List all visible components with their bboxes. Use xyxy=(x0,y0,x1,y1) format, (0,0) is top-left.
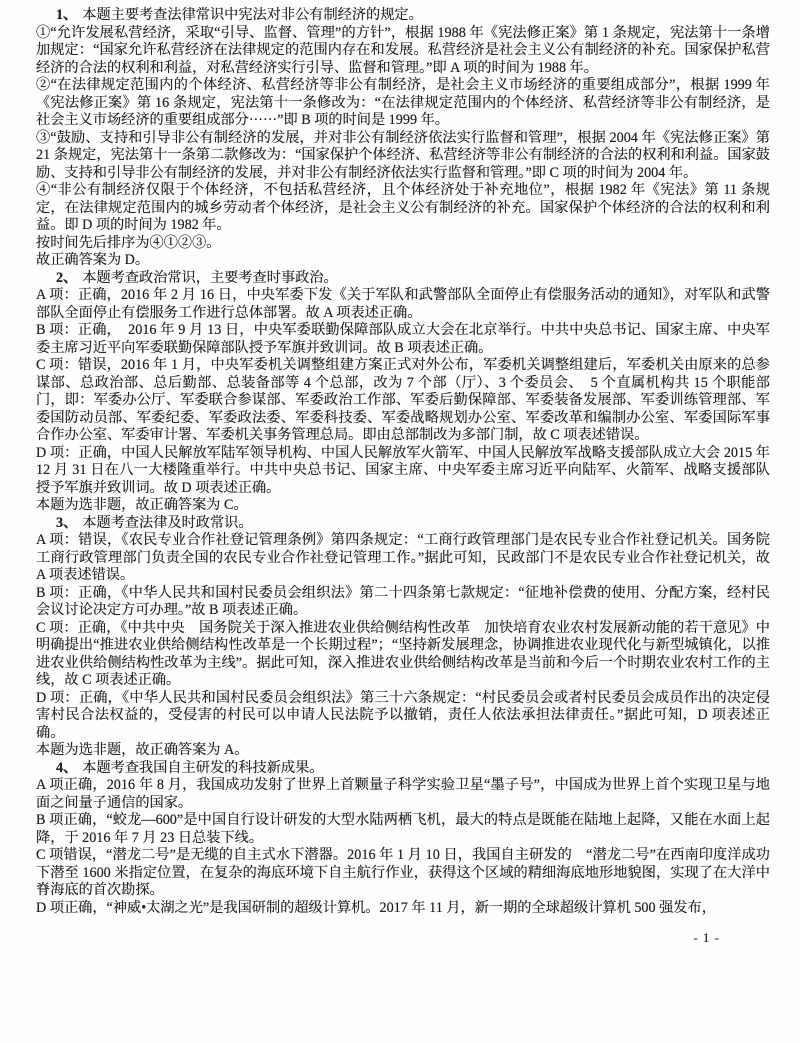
question-2-heading: 2、本题考查政治常识，主要考查时事政治。 xyxy=(36,270,770,288)
question-4-heading: 4、本题考查我国自主研发的科技新成果。 xyxy=(36,760,770,778)
question-2-block: 2、本题考查政治常识，主要考查时事政治。 A 项：正确，2016 年 2 月 1… xyxy=(36,270,770,515)
question-number: 2、 xyxy=(56,270,77,286)
question-intro: 本题考查我国自主研发的科技新成果。 xyxy=(82,760,323,776)
option-b-paragraph: B 项：正确，《中华人民共和国村民委员会组织法》第二十四条第七款规定：“征地补偿… xyxy=(36,585,770,620)
question-number: 4、 xyxy=(56,760,77,776)
question-3-heading: 3、本题考查法律及时政常识。 xyxy=(36,515,770,533)
ordering-line: 按时间先后排序为④①②③。 xyxy=(36,235,770,253)
option-a-paragraph: A 项正确，2016 年 8 月，我国成功发射了世界上首颗量子科学实验卫星“墨子… xyxy=(36,777,770,812)
option-a-paragraph: A 项：错误，《农民专业合作社登记管理条例》第四条规定：“工商行政管理部门是农民… xyxy=(36,532,770,585)
option-b-paragraph: B 项：正确， 2016 年 9 月 13 日，中央军委联勤保障部队成立大会在北… xyxy=(36,322,770,357)
option-b-paragraph: B 项正确，“蛟龙—600”是中国自行设计研发的大型水陆两栖飞机，最大的特点是既… xyxy=(36,812,770,847)
explanation-paragraph: ①“允许发展私营经济，采取“引导、监督、管理”的方针”，根据 1988 年《宪法… xyxy=(36,25,770,78)
option-d-paragraph: D 项：正确，中国人民解放军陆军领导机构、中国人民解放军火箭军、中国人民解放军战… xyxy=(36,445,770,498)
question-4-block: 4、本题考查我国自主研发的科技新成果。 A 项正确，2016 年 8 月，我国成… xyxy=(36,760,770,918)
answer-line: 故正确答案为 D。 xyxy=(36,252,770,270)
option-d-paragraph: D 项：正确，《中华人民共和国村民委员会组织法》第三十六条规定：“村民委员会或者… xyxy=(36,690,770,743)
answer-line: 本题为选非题，故正确答案为 C。 xyxy=(36,497,770,515)
question-1-block: 1、本题主要考查法律常识中宪法对非公有制经济的规定。 ①“允许发展私营经济，采取… xyxy=(36,7,770,270)
question-number: 1、 xyxy=(56,7,77,23)
question-3-block: 3、本题考查法律及时政常识。 A 项：错误，《农民专业合作社登记管理条例》第四条… xyxy=(36,515,770,760)
question-1-heading: 1、本题主要考查法律常识中宪法对非公有制经济的规定。 xyxy=(36,7,770,25)
explanation-paragraph: ②“在法律规定范围内的个体经济、私营经济等非公有制经济，是社会主义市场经济的重要… xyxy=(36,77,770,130)
option-d-paragraph: D 项正确，“神威•太湖之光”是我国研制的超级计算机。2017 年 11 月，新… xyxy=(36,900,770,918)
question-number: 3、 xyxy=(56,515,77,531)
option-a-paragraph: A 项：正确，2016 年 2 月 16 日，中央军委下发《关于军队和武警部队全… xyxy=(36,287,770,322)
explanation-paragraph: ④“非公有制经济仅限于个体经济，不包括私营经济，且个体经济处于补充地位”，根据 … xyxy=(36,182,770,235)
document-page: 1、本题主要考查法律常识中宪法对非公有制经济的规定。 ①“允许发展私营经济，采取… xyxy=(0,0,800,1043)
option-c-paragraph: C 项：错误，2016 年 1 月，中央军委机关调整组建方案正式对外公布，军委机… xyxy=(36,357,770,445)
question-intro: 本题主要考查法律常识中宪法对非公有制经济的规定。 xyxy=(82,7,423,23)
option-c-paragraph: C 项错误，“潜龙二号”是无缆的自主式水下潜器。2016 年 1 月 10 日，… xyxy=(36,847,770,900)
explanation-paragraph: ③“鼓励、支持和引导非公有制经济的发展，并对非公有制经济依法实行监督和管理”，根… xyxy=(36,130,770,183)
answer-line: 本题为选非题，故正确答案为 A。 xyxy=(36,742,770,760)
question-intro: 本题考查政治常识，主要考查时事政治。 xyxy=(82,270,337,286)
option-c-paragraph: C 项：正确，《中共中央 国务院关于深入推进农业供给侧结构性改革 加快培育农业农… xyxy=(36,620,770,690)
page-number: - 1 - xyxy=(36,930,770,946)
question-intro: 本题考查法律及时政常识。 xyxy=(82,515,252,531)
